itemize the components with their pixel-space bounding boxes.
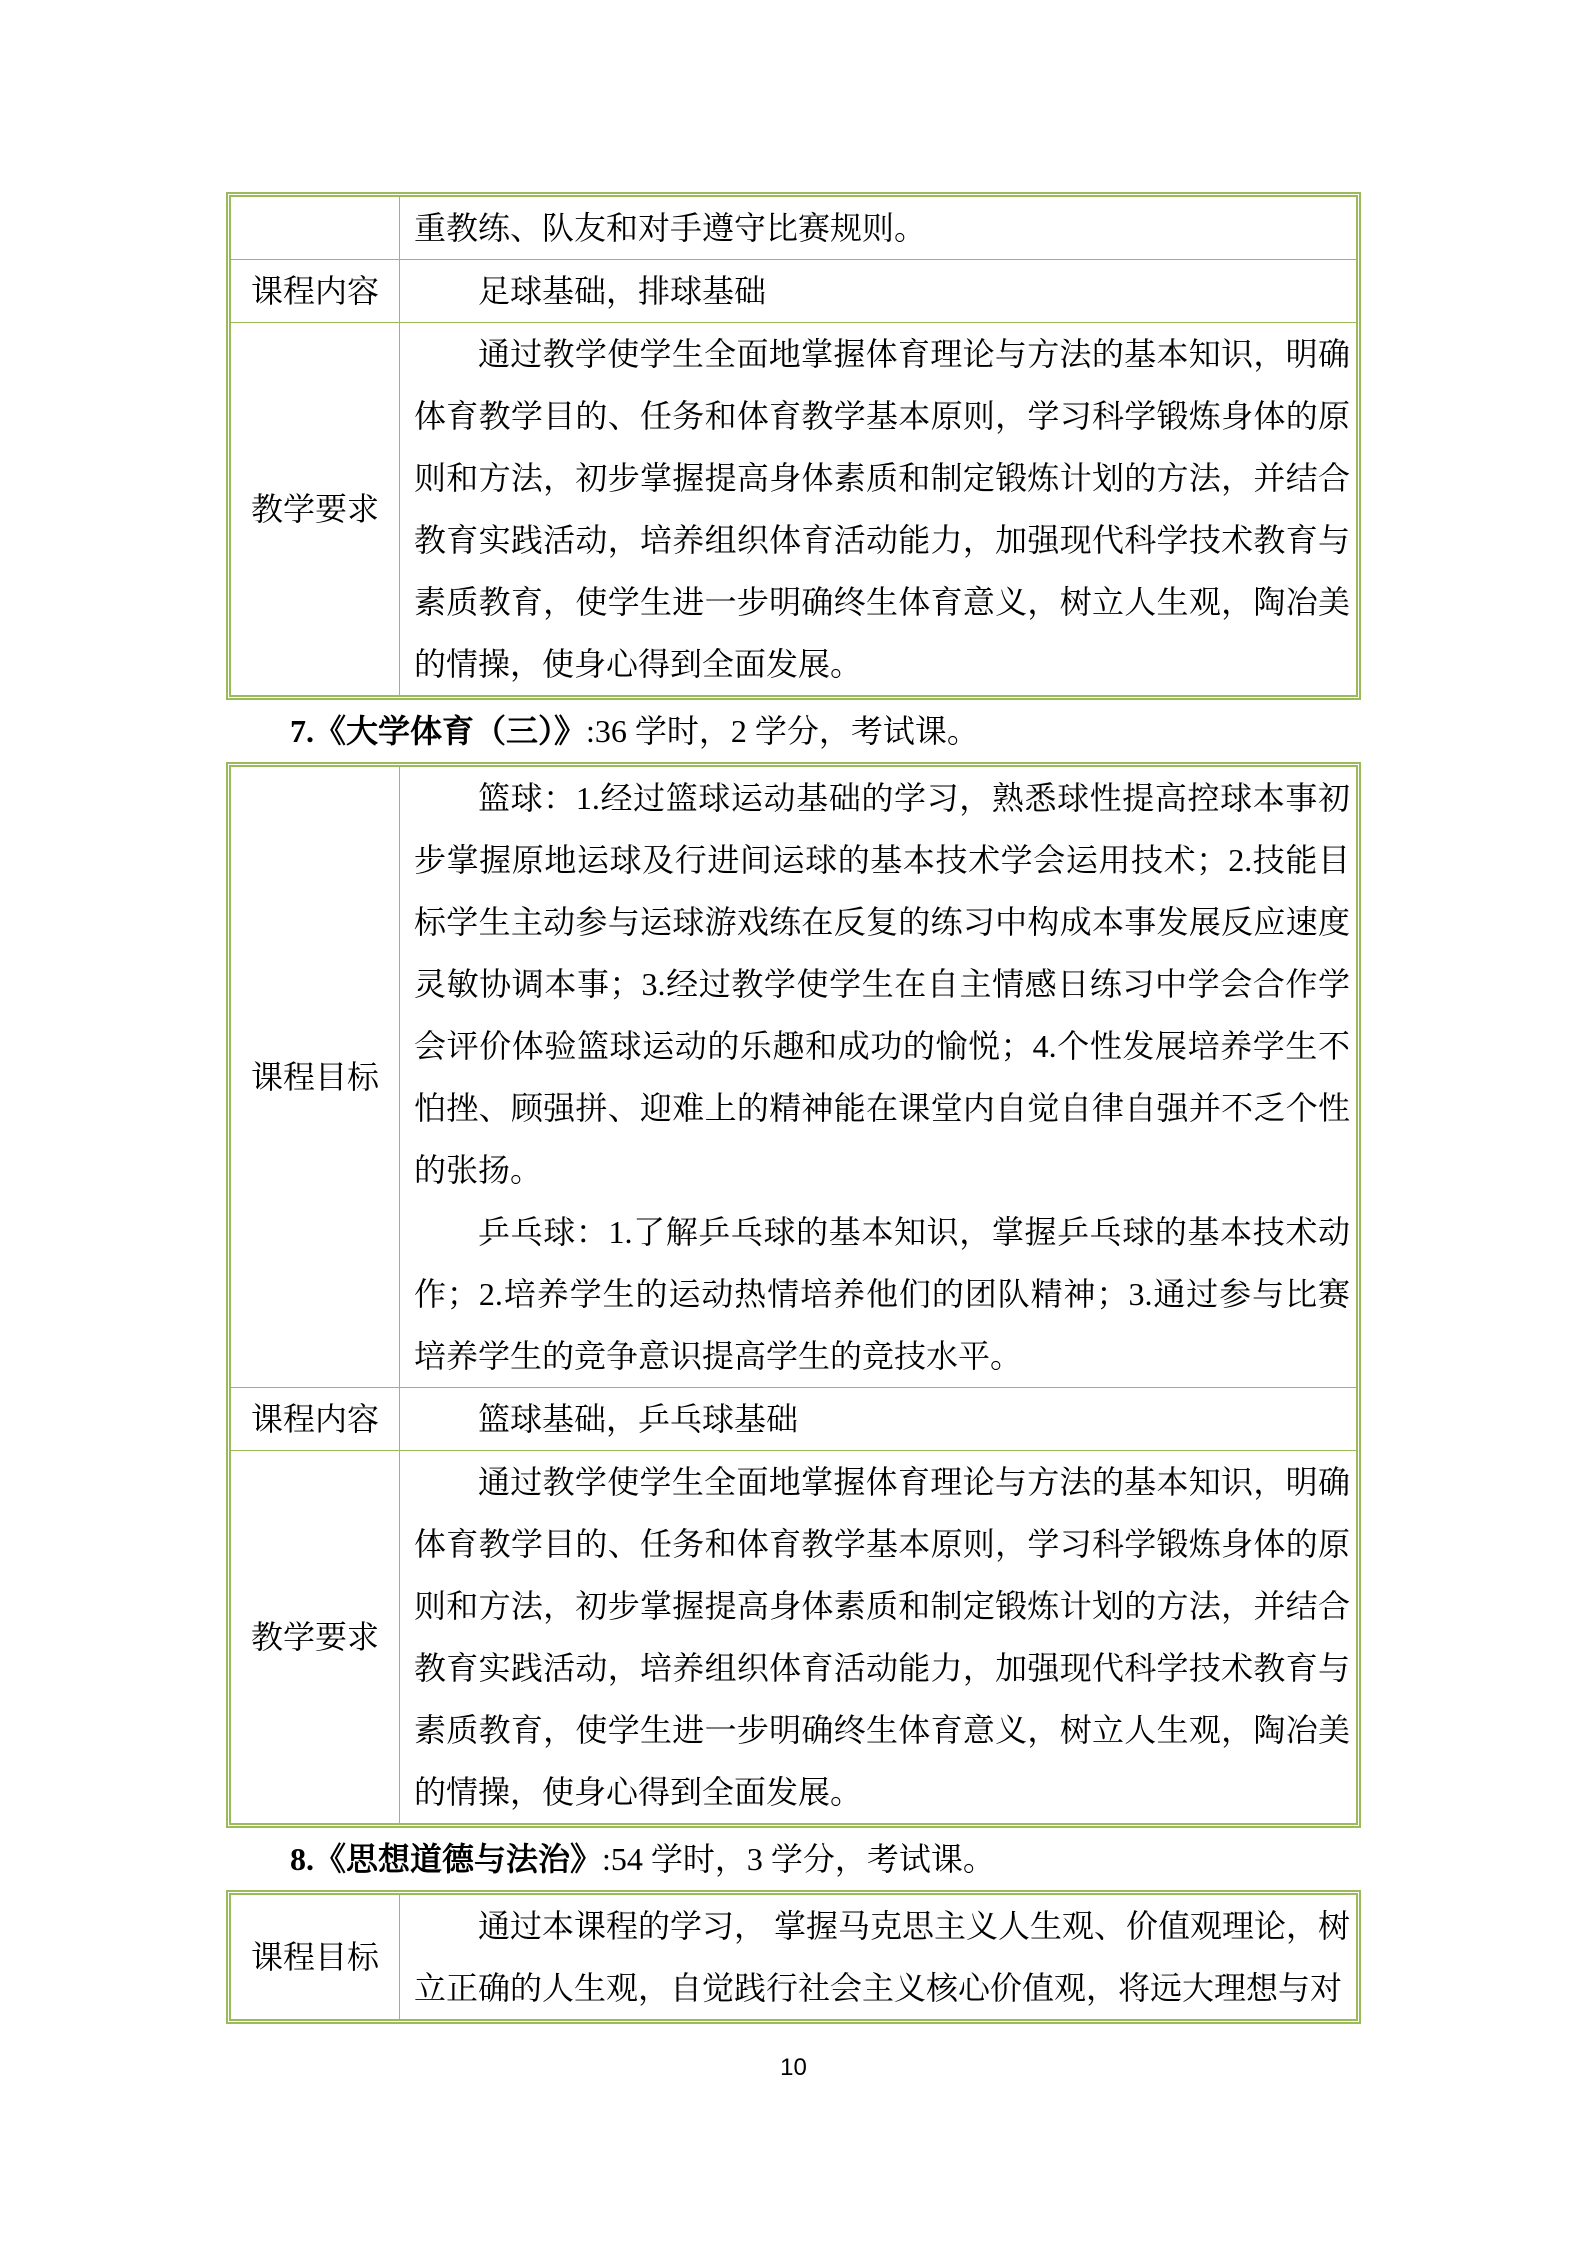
- table-row: 重教练、队友和对手遵守比赛规则。: [231, 197, 1356, 260]
- course-heading-7: 7.《大学体育（三）》:36 学时，2 学分，考试课。: [226, 700, 1361, 762]
- paragraph-basketball: 篮球：1.经过篮球运动基础的学习，熟悉球性提高控球本事初步掌握原地运球及行进间运…: [414, 767, 1350, 1201]
- course-heading-8: 8.《思想道德与法治》:54 学时，3 学分，考试课。: [226, 1828, 1361, 1890]
- paragraph: 通过教学使学生全面地掌握体育理论与方法的基本知识，明确体育教学目的、任务和体育教…: [414, 1451, 1350, 1823]
- table-row: 课程内容 足球基础，排球基础: [231, 260, 1356, 323]
- course-title-bold: 8.《思想道德与法治》: [290, 1841, 602, 1877]
- table-row: 课程内容 篮球基础，乒乓球基础: [231, 1388, 1356, 1451]
- paragraph: 通过本课程的学习， 掌握马克思主义人生观、价值观理论，树立正确的人生观，自觉践行…: [414, 1895, 1350, 2019]
- row-content: 篮球基础，乒乓球基础: [400, 1388, 1357, 1451]
- row-content: 足球基础，排球基础: [400, 260, 1357, 323]
- course-title-bold: 7.《大学体育（三）》: [290, 713, 586, 749]
- row-content: 通过教学使学生全面地掌握体育理论与方法的基本知识，明确体育教学目的、任务和体育教…: [400, 1451, 1357, 1824]
- table-row: 课程目标 通过本课程的学习， 掌握马克思主义人生观、价值观理论，树立正确的人生观…: [231, 1895, 1356, 2019]
- table-row: 课程目标 篮球：1.经过篮球运动基础的学习，熟悉球性提高控球本事初步掌握原地运球…: [231, 767, 1356, 1388]
- row-label-teaching-requirements: 教学要求: [231, 323, 400, 696]
- paragraph: 篮球基础，乒乓球基础: [414, 1388, 1350, 1450]
- course-table-7: 课程目标 篮球：1.经过篮球运动基础的学习，熟悉球性提高控球本事初步掌握原地运球…: [226, 762, 1361, 1828]
- paragraph: 足球基础，排球基础: [414, 260, 1350, 322]
- row-content: 通过教学使学生全面地掌握体育理论与方法的基本知识，明确体育教学目的、任务和体育教…: [400, 323, 1357, 696]
- row-label-course-objectives: 课程目标: [231, 1895, 400, 2019]
- course-title-rest: :54 学时，3 学分，考试课。: [602, 1841, 995, 1877]
- row-content: 通过本课程的学习， 掌握马克思主义人生观、价值观理论，树立正确的人生观，自觉践行…: [400, 1895, 1357, 2019]
- course-table-8-grid: 课程目标 通过本课程的学习， 掌握马克思主义人生观、价值观理论，树立正确的人生观…: [231, 1895, 1356, 2019]
- course-title-rest: :36 学时，2 学分，考试课。: [586, 713, 979, 749]
- row-label-course-content: 课程内容: [231, 260, 400, 323]
- paragraph-pingpong: 乒乓球：1.了解乒乓球的基本知识，掌握乒乓球的基本技术动作；2.培养学生的运动热…: [414, 1201, 1350, 1387]
- document-page: 重教练、队友和对手遵守比赛规则。 课程内容 足球基础，排球基础 教学要求 通过教…: [0, 0, 1587, 2245]
- row-label-course-content: 课程内容: [231, 1388, 400, 1451]
- course-table-8: 课程目标 通过本课程的学习， 掌握马克思主义人生观、价值观理论，树立正确的人生观…: [226, 1890, 1361, 2024]
- table-row: 教学要求 通过教学使学生全面地掌握体育理论与方法的基本知识，明确体育教学目的、任…: [231, 323, 1356, 696]
- table-row: 教学要求 通过教学使学生全面地掌握体育理论与方法的基本知识，明确体育教学目的、任…: [231, 1451, 1356, 1824]
- course-table-continued-grid: 重教练、队友和对手遵守比赛规则。 课程内容 足球基础，排球基础 教学要求 通过教…: [231, 197, 1356, 695]
- course-table-7-grid: 课程目标 篮球：1.经过篮球运动基础的学习，熟悉球性提高控球本事初步掌握原地运球…: [231, 767, 1356, 1823]
- paragraph: 通过教学使学生全面地掌握体育理论与方法的基本知识，明确体育教学目的、任务和体育教…: [414, 323, 1350, 695]
- paragraph: 重教练、队友和对手遵守比赛规则。: [414, 197, 1350, 259]
- page-body: 重教练、队友和对手遵守比赛规则。 课程内容 足球基础，排球基础 教学要求 通过教…: [226, 192, 1361, 2024]
- row-content: 重教练、队友和对手遵守比赛规则。: [400, 197, 1357, 260]
- row-label-empty: [231, 197, 400, 260]
- row-label-course-objectives: 课程目标: [231, 767, 400, 1388]
- row-content: 篮球：1.经过篮球运动基础的学习，熟悉球性提高控球本事初步掌握原地运球及行进间运…: [400, 767, 1357, 1388]
- page-number: 10: [0, 2052, 1587, 2084]
- row-label-teaching-requirements: 教学要求: [231, 1451, 400, 1824]
- course-table-continued: 重教练、队友和对手遵守比赛规则。 课程内容 足球基础，排球基础 教学要求 通过教…: [226, 192, 1361, 700]
